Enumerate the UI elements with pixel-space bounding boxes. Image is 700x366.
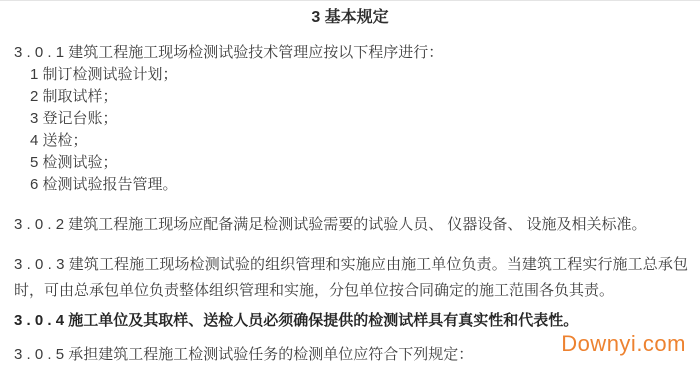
paragraph-3-0-3: 3 . 0 . 3 建筑工程施工现场检测试验的组织管理和实施应由施工单位负责。当… <box>0 252 700 304</box>
list-item: 1 制订检测试验计划； <box>30 64 700 86</box>
page-title: 3 基本规定 <box>0 8 700 28</box>
procedure-list: 1 制订检测试验计划； 2 制取试样； 3 登记台账； 4 送检； 5 检测试验… <box>0 64 700 196</box>
downyi-watermark: Downyi.com <box>561 332 686 356</box>
list-item: 4 送检； <box>30 130 700 152</box>
document-page: 3 基本规定 3 . 0 . 1 建筑工程施工现场检测试验技术管理应按以下程序进… <box>0 0 700 366</box>
paragraph-3-0-1: 3 . 0 . 1 建筑工程施工现场检测试验技术管理应按以下程序进行： <box>0 42 700 64</box>
list-item: 5 检测试验； <box>30 152 700 174</box>
list-item: 2 制取试样； <box>30 86 700 108</box>
list-item: 3 登记台账； <box>30 108 700 130</box>
list-item: 6 检测试验报告管理。 <box>30 174 700 196</box>
paragraph-3-0-4: 3 . 0 . 4 施工单位及其取样、送检人员必须确保提供的检测试样具有真实性和… <box>0 310 700 332</box>
paragraph-3-0-2: 3 . 0 . 2 建筑工程施工现场应配备满足检测试验需要的试验人员、 仪器设备… <box>0 214 700 236</box>
